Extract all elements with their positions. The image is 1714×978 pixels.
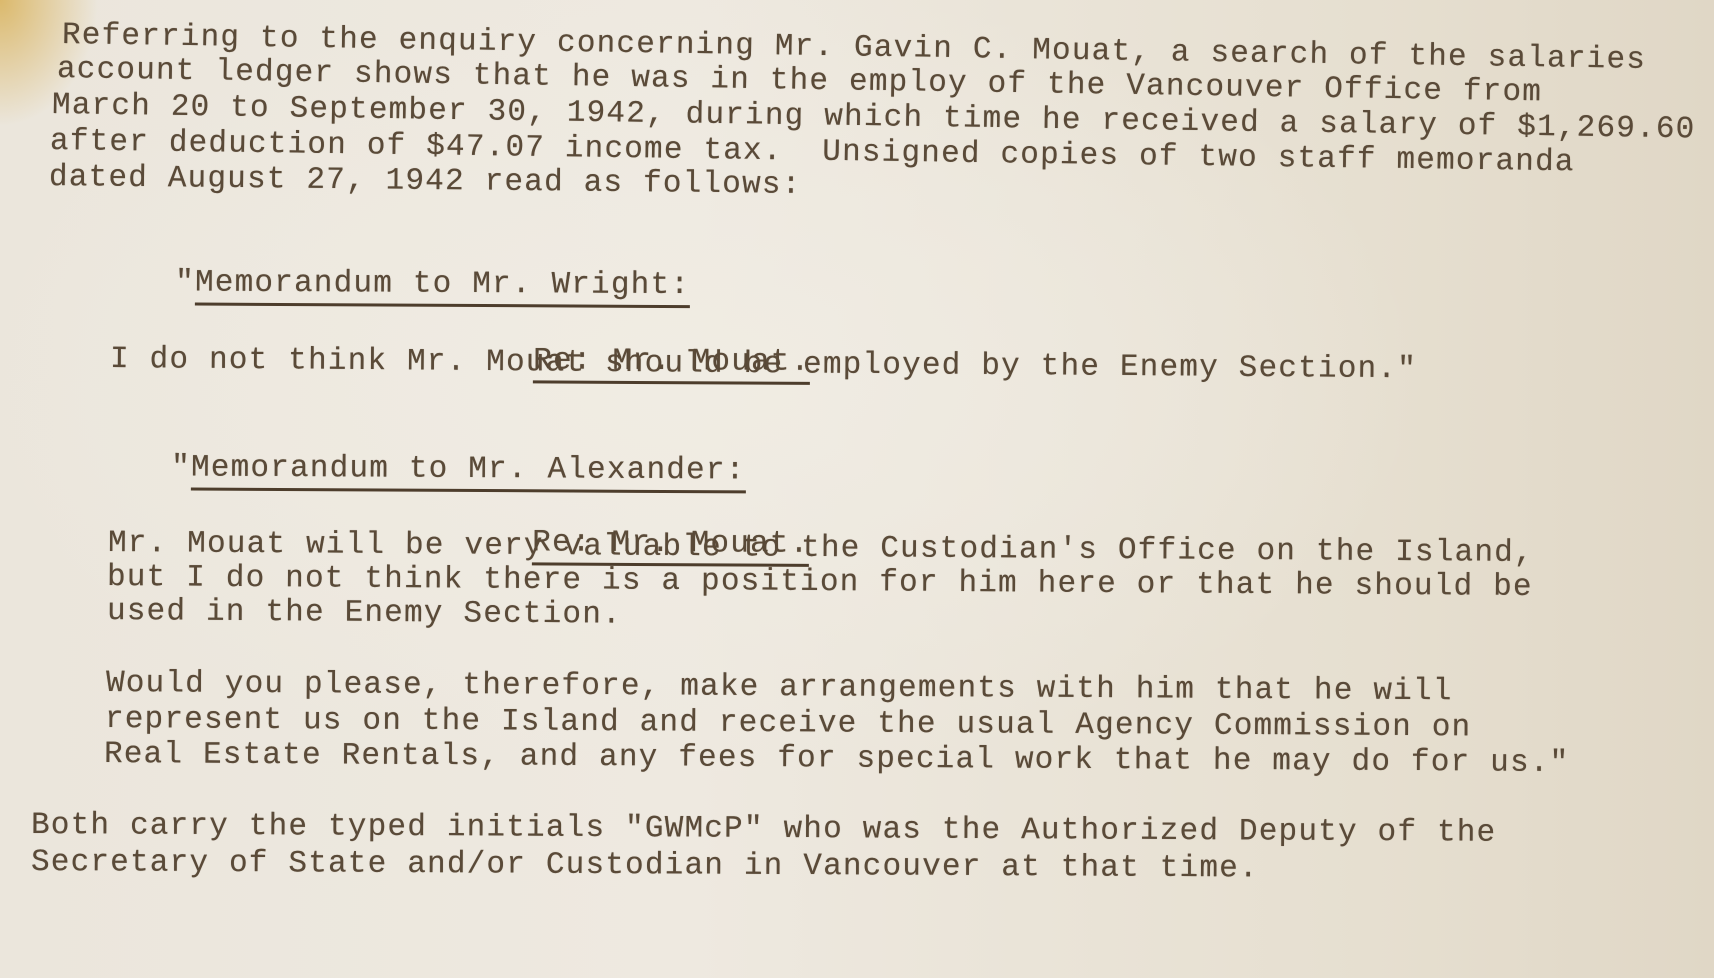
intro-line-5: dated August 27, 1942 read as follows: bbox=[49, 160, 802, 203]
memo1-body-line-1: I do not think Mr. Mouat should be emplo… bbox=[110, 342, 1417, 387]
document-page: Referring to the enquiry concerning Mr. … bbox=[0, 0, 1714, 978]
closing-line-1: Both carry the typed initials "GWMcP" wh… bbox=[31, 808, 1497, 851]
memo1-open-quote: " bbox=[175, 265, 195, 300]
memo2-open-quote: " bbox=[171, 450, 191, 485]
memo2-para1-line-3: used in the Enemy Section. bbox=[107, 594, 622, 633]
memo1-heading-text: Memorandum to Mr. Wright: bbox=[195, 266, 690, 309]
closing-line-2: Secretary of State and/or Custodian in V… bbox=[31, 845, 1259, 886]
memo2-heading-text: Memorandum to Mr. Alexander: bbox=[191, 451, 746, 494]
